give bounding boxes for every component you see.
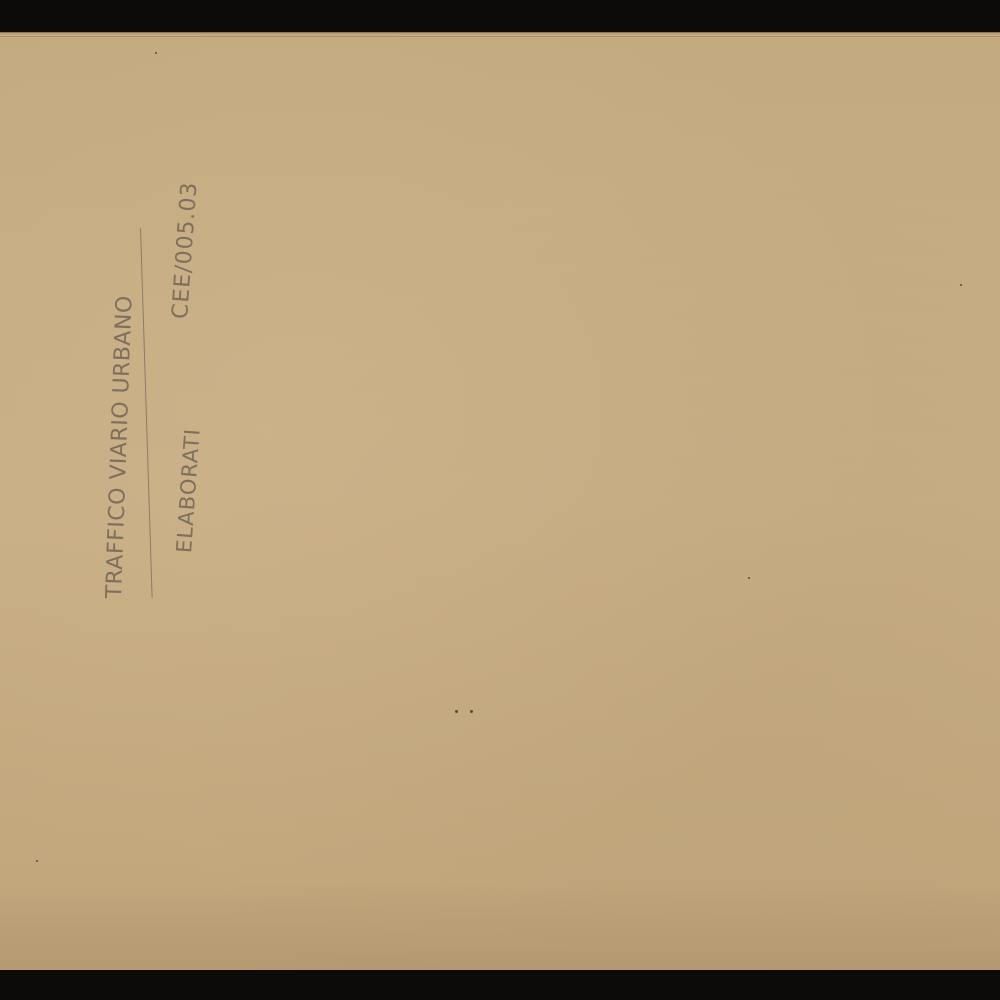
paper-speck bbox=[960, 284, 962, 286]
paper-bottom-shading bbox=[0, 880, 1000, 970]
paper-speck bbox=[748, 577, 750, 579]
paper-speck bbox=[36, 860, 38, 862]
paper-speck bbox=[455, 710, 458, 713]
paper-speck bbox=[470, 710, 473, 713]
paper-speck bbox=[155, 52, 157, 54]
folder-cover-paper bbox=[0, 32, 1000, 970]
scanned-document: TRAFFICO VIARIO URBANO ELABORATI CEE/005… bbox=[0, 0, 1000, 1000]
paper-fold-line bbox=[0, 36, 1000, 37]
paper-top-edge bbox=[0, 32, 1000, 38]
